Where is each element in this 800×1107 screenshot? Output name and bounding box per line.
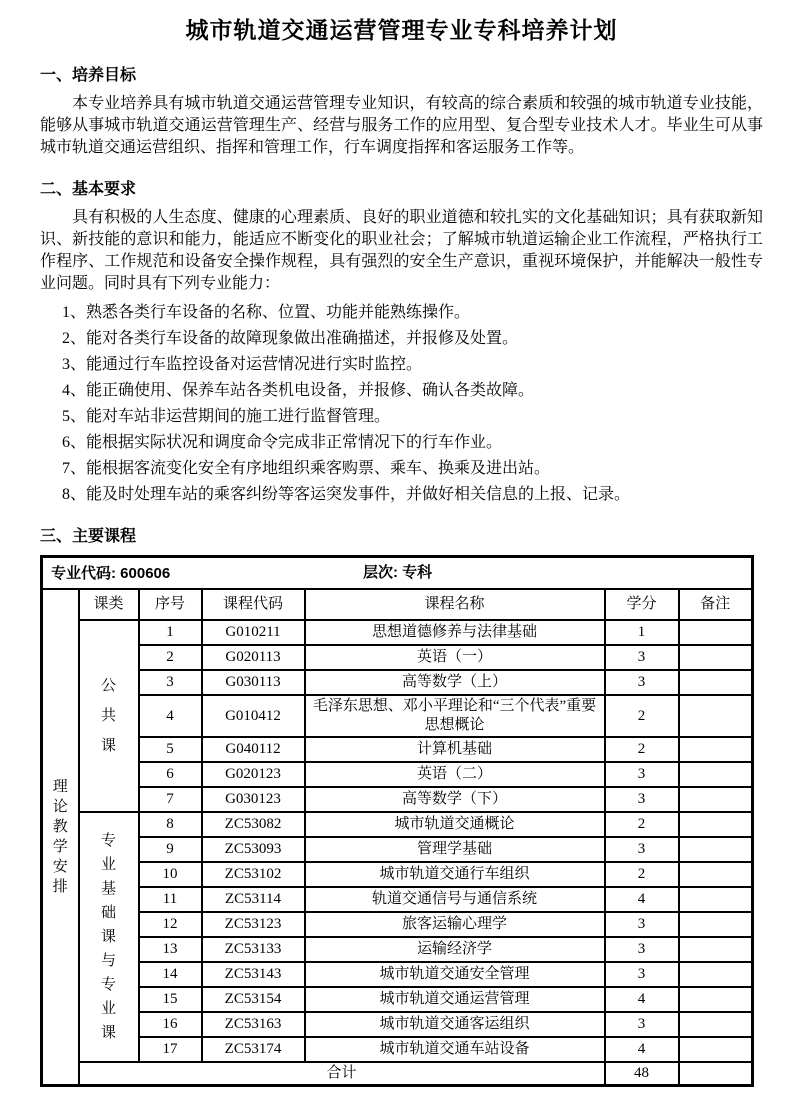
requirements-paragraph: 具有积极的人生态度、健康的心理素质、良好的职业道德和较扎实的文化基础知识；具有获… (40, 207, 763, 295)
row-group-label: 理论教学安排 (52, 777, 69, 897)
note-cell (679, 787, 753, 812)
note-cell (679, 837, 753, 862)
no-cell: 9 (139, 837, 202, 862)
column-header-no: 序号 (139, 589, 202, 620)
no-cell: 10 (139, 862, 202, 887)
no-cell: 15 (139, 987, 202, 1012)
note-cell (679, 987, 753, 1012)
name-cell: 城市轨道交通行车组织 (305, 862, 605, 887)
no-cell: 1 (139, 620, 202, 645)
course-row: 10 ZC53102 城市轨道交通行车组织 2 (42, 862, 753, 887)
requirement-item: 5、能对车站非运营期间的施工进行监督管理。 (40, 406, 763, 428)
name-cell: 计算机基础 (305, 737, 605, 762)
note-cell (679, 620, 753, 645)
total-row: 合计 48 (42, 1062, 753, 1086)
note-cell (679, 862, 753, 887)
name-cell: 城市轨道交通运营管理 (305, 987, 605, 1012)
code-cell: ZC53123 (202, 912, 305, 937)
name-cell: 城市轨道交通概论 (305, 812, 605, 837)
course-row: 11 ZC53114 轨道交通信号与通信系统 4 (42, 887, 753, 912)
credits-cell: 2 (605, 862, 679, 887)
course-row: 15 ZC53154 城市轨道交通运营管理 4 (42, 987, 753, 1012)
requirement-item: 4、能正确使用、保养车站各类机电设备，并报修、确认各类故障。 (40, 380, 763, 402)
code-cell: ZC53082 (202, 812, 305, 837)
code-cell: ZC53163 (202, 1012, 305, 1037)
credits-cell: 3 (605, 837, 679, 862)
code-cell: G010412 (202, 695, 305, 737)
total-credits-cell: 48 (605, 1062, 679, 1086)
column-header-category: 课类 (79, 589, 139, 620)
note-cell (679, 737, 753, 762)
course-row: 专业基础课与专业课 8 ZC53082 城市轨道交通概论 2 (42, 812, 753, 837)
requirement-item: 1、熟悉各类行车设备的名称、位置、功能并能熟练操作。 (40, 302, 763, 324)
code-cell: G030123 (202, 787, 305, 812)
no-cell: 8 (139, 812, 202, 837)
major-code-group: 专业代码: 600606 (51, 565, 170, 582)
code-cell: G020113 (202, 645, 305, 670)
name-cell: 高等数学（下） (305, 787, 605, 812)
credits-cell: 3 (605, 1012, 679, 1037)
credits-cell: 3 (605, 762, 679, 787)
credits-cell: 3 (605, 937, 679, 962)
credits-cell: 2 (605, 737, 679, 762)
requirement-item: 2、能对各类行车设备的故障现象做出准确描述，并报修及处置。 (40, 328, 763, 350)
note-cell (679, 670, 753, 695)
name-cell: 毛泽东思想、邓小平理论和“三个代表”重要思想概论 (305, 695, 605, 737)
code-cell: ZC53143 (202, 962, 305, 987)
code-cell: G020123 (202, 762, 305, 787)
course-row: 13 ZC53133 运输经济学 3 (42, 937, 753, 962)
no-cell: 13 (139, 937, 202, 962)
course-row: 公共课 1 G010211 思想道德修养与法律基础 1 (42, 620, 753, 645)
no-cell: 7 (139, 787, 202, 812)
credits-cell: 1 (605, 620, 679, 645)
major-code-value: 600606 (120, 565, 170, 582)
course-row: 3 G030113 高等数学（上） 3 (42, 670, 753, 695)
name-cell: 城市轨道交通安全管理 (305, 962, 605, 987)
course-row: 12 ZC53123 旅客运输心理学 3 (42, 912, 753, 937)
section-heading-objectives: 一、培养目标 (40, 62, 763, 85)
course-row: 5 G040112 计算机基础 2 (42, 737, 753, 762)
credits-cell: 3 (605, 912, 679, 937)
group-label-cell-public: 公共课 (79, 620, 139, 812)
name-cell: 思想道德修养与法律基础 (305, 620, 605, 645)
credits-cell: 2 (605, 812, 679, 837)
table-header-row: 理论教学安排 课类 序号 课程代码 课程名称 学分 备注 (42, 589, 753, 620)
code-cell: ZC53102 (202, 862, 305, 887)
requirement-item: 8、能及时处理车站的乘客纠纷等客运突发事件，并做好相关信息的上报、记录。 (40, 484, 763, 506)
note-cell (679, 645, 753, 670)
objectives-paragraph: 本专业培养具有城市轨道交通运营管理专业知识，有较高的综合素质和较强的城市轨道专业… (40, 93, 763, 159)
credits-cell: 3 (605, 670, 679, 695)
name-cell: 旅客运输心理学 (305, 912, 605, 937)
requirements-list: 1、熟悉各类行车设备的名称、位置、功能并能熟练操作。 2、能对各类行车设备的故障… (40, 302, 763, 506)
credits-cell: 3 (605, 787, 679, 812)
major-code-label: 专业代码: (51, 565, 116, 582)
column-header-credits: 学分 (605, 589, 679, 620)
code-cell: G040112 (202, 737, 305, 762)
section-heading-requirements: 二、基本要求 (40, 176, 763, 199)
column-header-note: 备注 (679, 589, 753, 620)
course-row: 9 ZC53093 管理学基础 3 (42, 837, 753, 862)
name-cell: 城市轨道交通车站设备 (305, 1037, 605, 1062)
no-cell: 4 (139, 695, 202, 737)
no-cell: 6 (139, 762, 202, 787)
course-row: 4 G010412 毛泽东思想、邓小平理论和“三个代表”重要思想概论 2 (42, 695, 753, 737)
level-value: 专科 (402, 564, 432, 581)
info-cell: 专业代码: 600606 层次: 专科 (42, 557, 753, 590)
section-heading-courses: 三、主要课程 (40, 523, 763, 546)
requirement-item: 6、能根据实际状况和调度命令完成非正常情况下的行车作业。 (40, 432, 763, 454)
code-cell: G010211 (202, 620, 305, 645)
document-page: 城市轨道交通运营管理专业专科培养计划 一、培养目标 本专业培养具有城市轨道交通运… (0, 0, 800, 1107)
group-label: 专业基础课与专业课 (100, 829, 117, 1045)
column-header-code: 课程代码 (202, 589, 305, 620)
requirement-item: 7、能根据客流变化安全有序地组织乘客购票、乘车、换乘及进出站。 (40, 458, 763, 480)
course-table: 专业代码: 600606 层次: 专科 理论教学安排 课类 序号 课程代码 课程… (40, 555, 754, 1087)
credits-cell: 3 (605, 962, 679, 987)
group-label: 公共课 (100, 671, 117, 761)
level-group: 层次: 专科 (363, 558, 432, 588)
requirement-item: 3、能通过行车监控设备对运营情况进行实时监控。 (40, 354, 763, 376)
course-row: 16 ZC53163 城市轨道交通客运组织 3 (42, 1012, 753, 1037)
note-cell (679, 962, 753, 987)
total-note-cell (679, 1062, 753, 1086)
note-cell (679, 762, 753, 787)
note-cell (679, 912, 753, 937)
code-cell: ZC53133 (202, 937, 305, 962)
name-cell: 轨道交通信号与通信系统 (305, 887, 605, 912)
name-cell: 英语（二） (305, 762, 605, 787)
credits-cell: 3 (605, 645, 679, 670)
course-row: 7 G030123 高等数学（下） 3 (42, 787, 753, 812)
note-cell (679, 695, 753, 737)
no-cell: 2 (139, 645, 202, 670)
name-cell: 高等数学（上） (305, 670, 605, 695)
group-label-cell-major: 专业基础课与专业课 (79, 812, 139, 1062)
column-header-name: 课程名称 (305, 589, 605, 620)
no-cell: 5 (139, 737, 202, 762)
no-cell: 12 (139, 912, 202, 937)
note-cell (679, 812, 753, 837)
code-cell: ZC53174 (202, 1037, 305, 1062)
course-row: 14 ZC53143 城市轨道交通安全管理 3 (42, 962, 753, 987)
level-label: 层次: (363, 564, 398, 581)
credits-cell: 2 (605, 695, 679, 737)
name-cell: 管理学基础 (305, 837, 605, 862)
course-row: 2 G020113 英语（一） 3 (42, 645, 753, 670)
table-info-row: 专业代码: 600606 层次: 专科 (42, 557, 753, 590)
credits-cell: 4 (605, 887, 679, 912)
credits-cell: 4 (605, 1037, 679, 1062)
no-cell: 14 (139, 962, 202, 987)
code-cell: G030113 (202, 670, 305, 695)
no-cell: 17 (139, 1037, 202, 1062)
course-row: 17 ZC53174 城市轨道交通车站设备 4 (42, 1037, 753, 1062)
no-cell: 11 (139, 887, 202, 912)
no-cell: 3 (139, 670, 202, 695)
document-title: 城市轨道交通运营管理专业专科培养计划 (40, 12, 763, 45)
code-cell: ZC53114 (202, 887, 305, 912)
code-cell: ZC53154 (202, 987, 305, 1012)
note-cell (679, 1012, 753, 1037)
row-group-label-cell: 理论教学安排 (42, 589, 79, 1086)
total-label-cell: 合计 (79, 1062, 605, 1086)
name-cell: 英语（一） (305, 645, 605, 670)
note-cell (679, 887, 753, 912)
no-cell: 16 (139, 1012, 202, 1037)
code-cell: ZC53093 (202, 837, 305, 862)
note-cell (679, 1037, 753, 1062)
note-cell (679, 937, 753, 962)
name-cell: 运输经济学 (305, 937, 605, 962)
credits-cell: 4 (605, 987, 679, 1012)
course-row: 6 G020123 英语（二） 3 (42, 762, 753, 787)
name-cell: 城市轨道交通客运组织 (305, 1012, 605, 1037)
